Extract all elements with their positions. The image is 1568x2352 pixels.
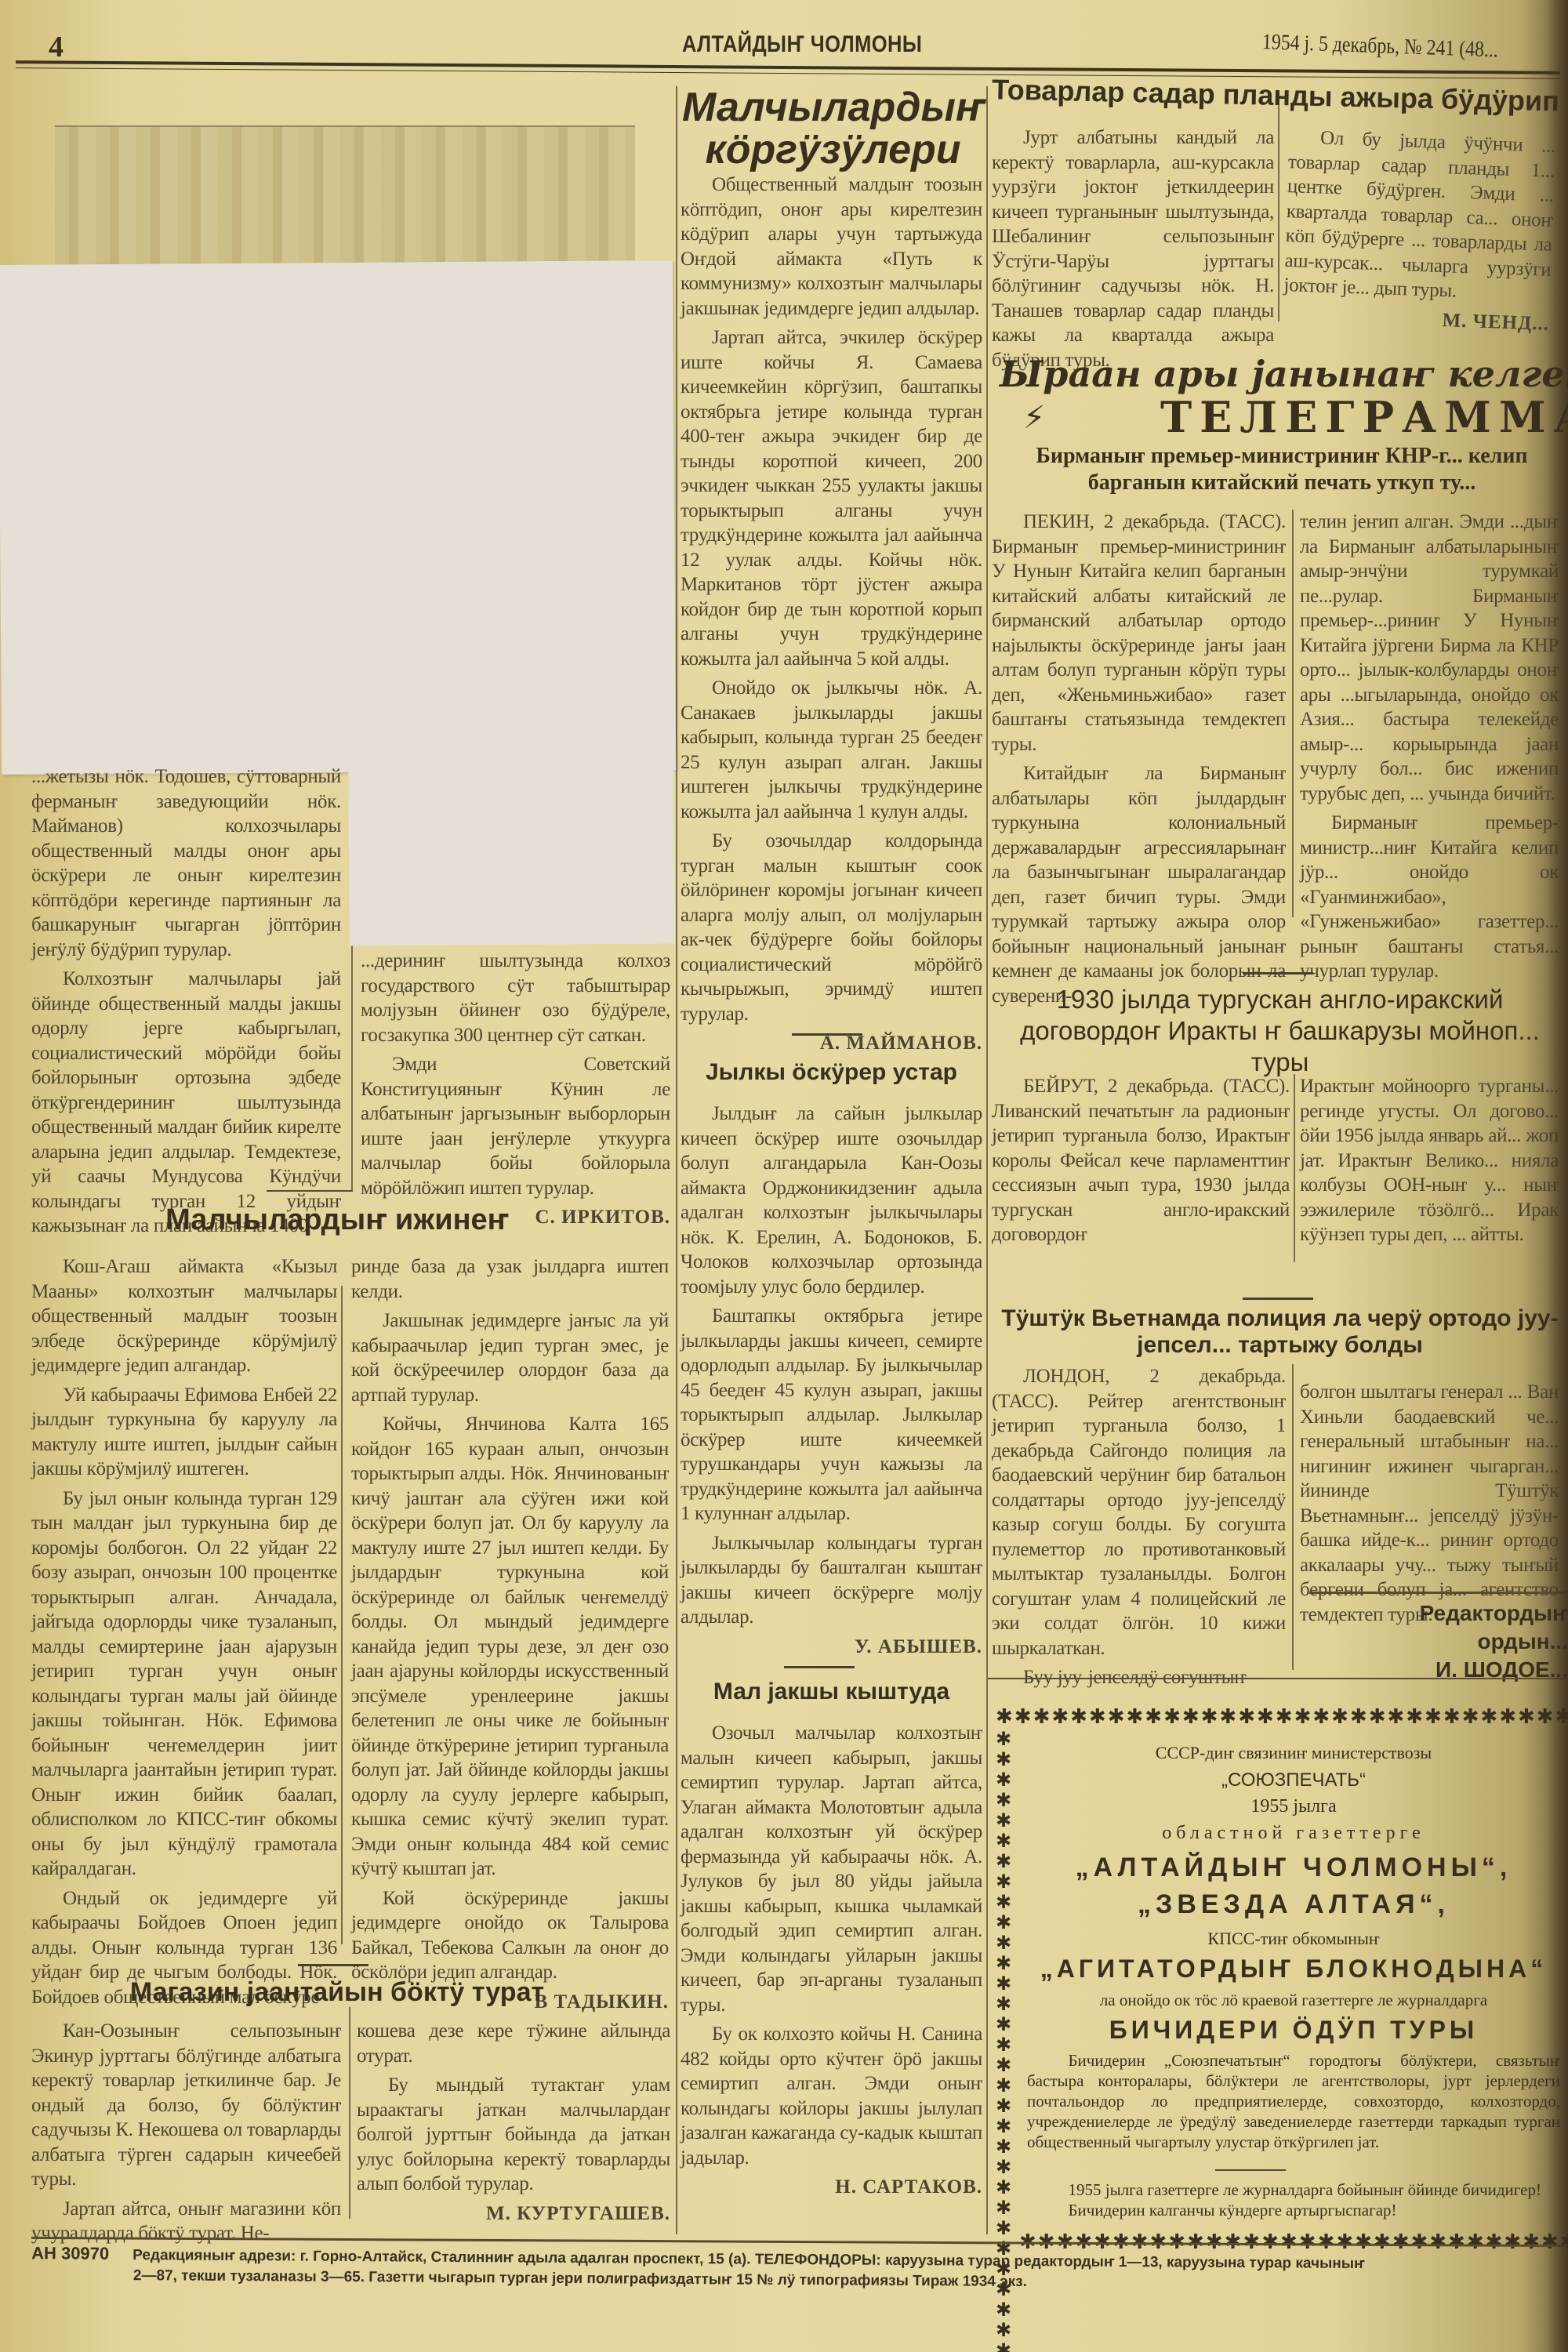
page-number: 4 [49, 30, 64, 64]
telegram-title: Тӱштӱк Вьетнамда полиция ла черӱ ортодо … [996, 1305, 1564, 1359]
article-left-fragment-col2: ...дериниҥ шылтузында колхоз государство… [361, 949, 670, 1235]
separator [1309, 1592, 1568, 1594]
article-title: Магазин јаантайын бӧктӱ турат [0, 1976, 674, 2009]
blank-paper-overlay-lower [348, 768, 675, 946]
separator [298, 1964, 368, 1966]
subscription-advertisement: ✱✱✱✱✱✱✱✱✱✱✱✱✱✱✱✱✱✱✱✱✱✱✱✱✱✱✱✱✱✱✱✱✱✱✱✱ ✱✱✱… [996, 1705, 1568, 2215]
article-ijineng-col2: ринде база да узак јылдарга иштеп келди.… [351, 1254, 669, 2019]
ad-body: Бичидерин „Союзпечатьтыҥ“ городтогы бӧлӱ… [1027, 2050, 1560, 2152]
telegrams-script-heading: Ыраан ары јанынаҥ келген [1000, 353, 1568, 395]
article-ijineng-col1: Кош-Агаш аймакта «Кызыл Мааны» колхозтыҥ… [31, 1254, 337, 2014]
signature: Н. САРТАКОВ. [681, 2175, 982, 2200]
signature: У. АБЫШЕВ. [681, 1635, 982, 1660]
column-divider [676, 86, 677, 2234]
telegrams-heading: ТЕЛЕГРАММАЛ... [1160, 392, 1568, 442]
photo [55, 125, 635, 284]
ad-calls: 1955 јылга газеттерге ле журналдарга бой… [1027, 2180, 1560, 2220]
article-title: Малчылардыҥ ижинеҥ [0, 1203, 674, 1236]
telegram-1-col1: ПЕКИН, 2 декабрьда. (ТАСС). Бирманыҥ пре… [992, 510, 1286, 1013]
article-mal-jakshy: Озочыл малчылар колхозтыҥ малын кичееп к… [681, 1721, 982, 2205]
star-border-icon: ✱✱✱✱✱✱✱✱✱✱✱✱✱✱✱✱✱✱✱✱✱✱✱✱✱✱✱✱✱✱✱✱✱✱✱✱ [996, 1705, 1568, 1729]
separator [792, 1033, 862, 1036]
article-korguzuleri: Общественный малдыҥ тоозын кӧптӧдип, оно… [681, 172, 982, 1061]
separator [267, 1190, 353, 1192]
column-divider [1292, 510, 1294, 917]
separator [784, 1666, 855, 1668]
article-title: Јылкы ӧскӱрер устар [681, 1058, 982, 1087]
column-divider [341, 1286, 343, 1944]
newspaper-page: 4 АЛТАЙДЫҤ ЧОЛМОНЫ 1954 ј. 5 декабрь, № … [0, 0, 1568, 2352]
blank-paper-overlay [0, 260, 676, 775]
telegram-title: 1930 јылда тургускан англо-иракский дого… [996, 984, 1564, 1078]
page-binding-shadow [1546, 0, 1568, 2352]
telegram-2-col1: БЕЙРУТ, 2 декабрьда. (ТАСС). Ливанский п… [992, 1074, 1290, 1252]
telegram-2-col2: Ирактыҥ мойноорго турганы... регинде угу… [1300, 1074, 1559, 1252]
editor-signature: Редактордыҥ ордын... И. ШОДОЕ... [1356, 1599, 1568, 1684]
zigzag-icon: ⚡ [1023, 400, 1045, 436]
column-divider [986, 86, 988, 2234]
imprint-code: АН 30970 [31, 2243, 109, 2263]
separator [988, 1678, 1568, 1679]
article-title: Товарлар садар планды ажыра бӱдӱрип ту..… [992, 74, 1568, 117]
article-title: Мал јакшы кыштуда [681, 1678, 982, 1706]
dateline: 1954 ј. 5 декабрь, № 241 (48... [1261, 30, 1498, 63]
separator [1215, 2169, 1286, 2171]
telegram-3-col1: ЛОНДОН, 2 декабрьда. (ТАСС). Рейтер аген… [992, 1364, 1286, 1695]
article-left-fragment: ...жетызы нӧк. Тодошев, сӱттоварный ферм… [31, 764, 341, 1243]
masthead: АЛТАЙДЫҤ ЧОЛМОНЫ [682, 31, 922, 58]
telegram-1-col2: телин јеҥип алган. Эмди ...дыҥ ла Бирман… [1300, 510, 1559, 989]
signature: М. КУРТУГАШЕВ. [357, 2201, 670, 2227]
signature: М. ЧЕНД... [1283, 303, 1550, 336]
separator [1243, 972, 1313, 975]
article-magazin-col2: кошева дезе кере тӱжине айлында отурат. … [357, 2019, 670, 2230]
column-divider [349, 2007, 350, 2219]
separator [1243, 1298, 1313, 1300]
column-divider [1278, 94, 1279, 321]
article-tovarlar-col1: Јурт албатыны кандый ла керектӱ товарлар… [992, 125, 1274, 377]
article-tovarlar-col2: Ол бу јылда ӱчӱнчи ... товарлар садар пл… [1282, 125, 1555, 341]
star-border-icon: ✱✱✱✱✱✱✱✱✱✱✱✱✱✱✱✱✱✱✱✱✱✱✱✱✱✱✱✱✱✱✱✱✱✱✱✱ [996, 1729, 1016, 2183]
article-magazin-col1: Кан-Оозыныҥ сельпозыныҥ Экинур јурттагы … [31, 2019, 341, 2251]
column-divider [1294, 1074, 1295, 1262]
article-jylky: Јылдыҥ ла сайын јылкылар кичееп ӧскӱрер … [681, 1102, 982, 1664]
column-divider [1292, 1364, 1294, 1670]
article-title: Малчылардыҥ кӧргӱзӱлери [682, 86, 984, 171]
header-rule [16, 60, 1560, 79]
telegram-title: Бирманыҥ премьер-министриниҥ КНР-г... ке… [996, 443, 1568, 496]
